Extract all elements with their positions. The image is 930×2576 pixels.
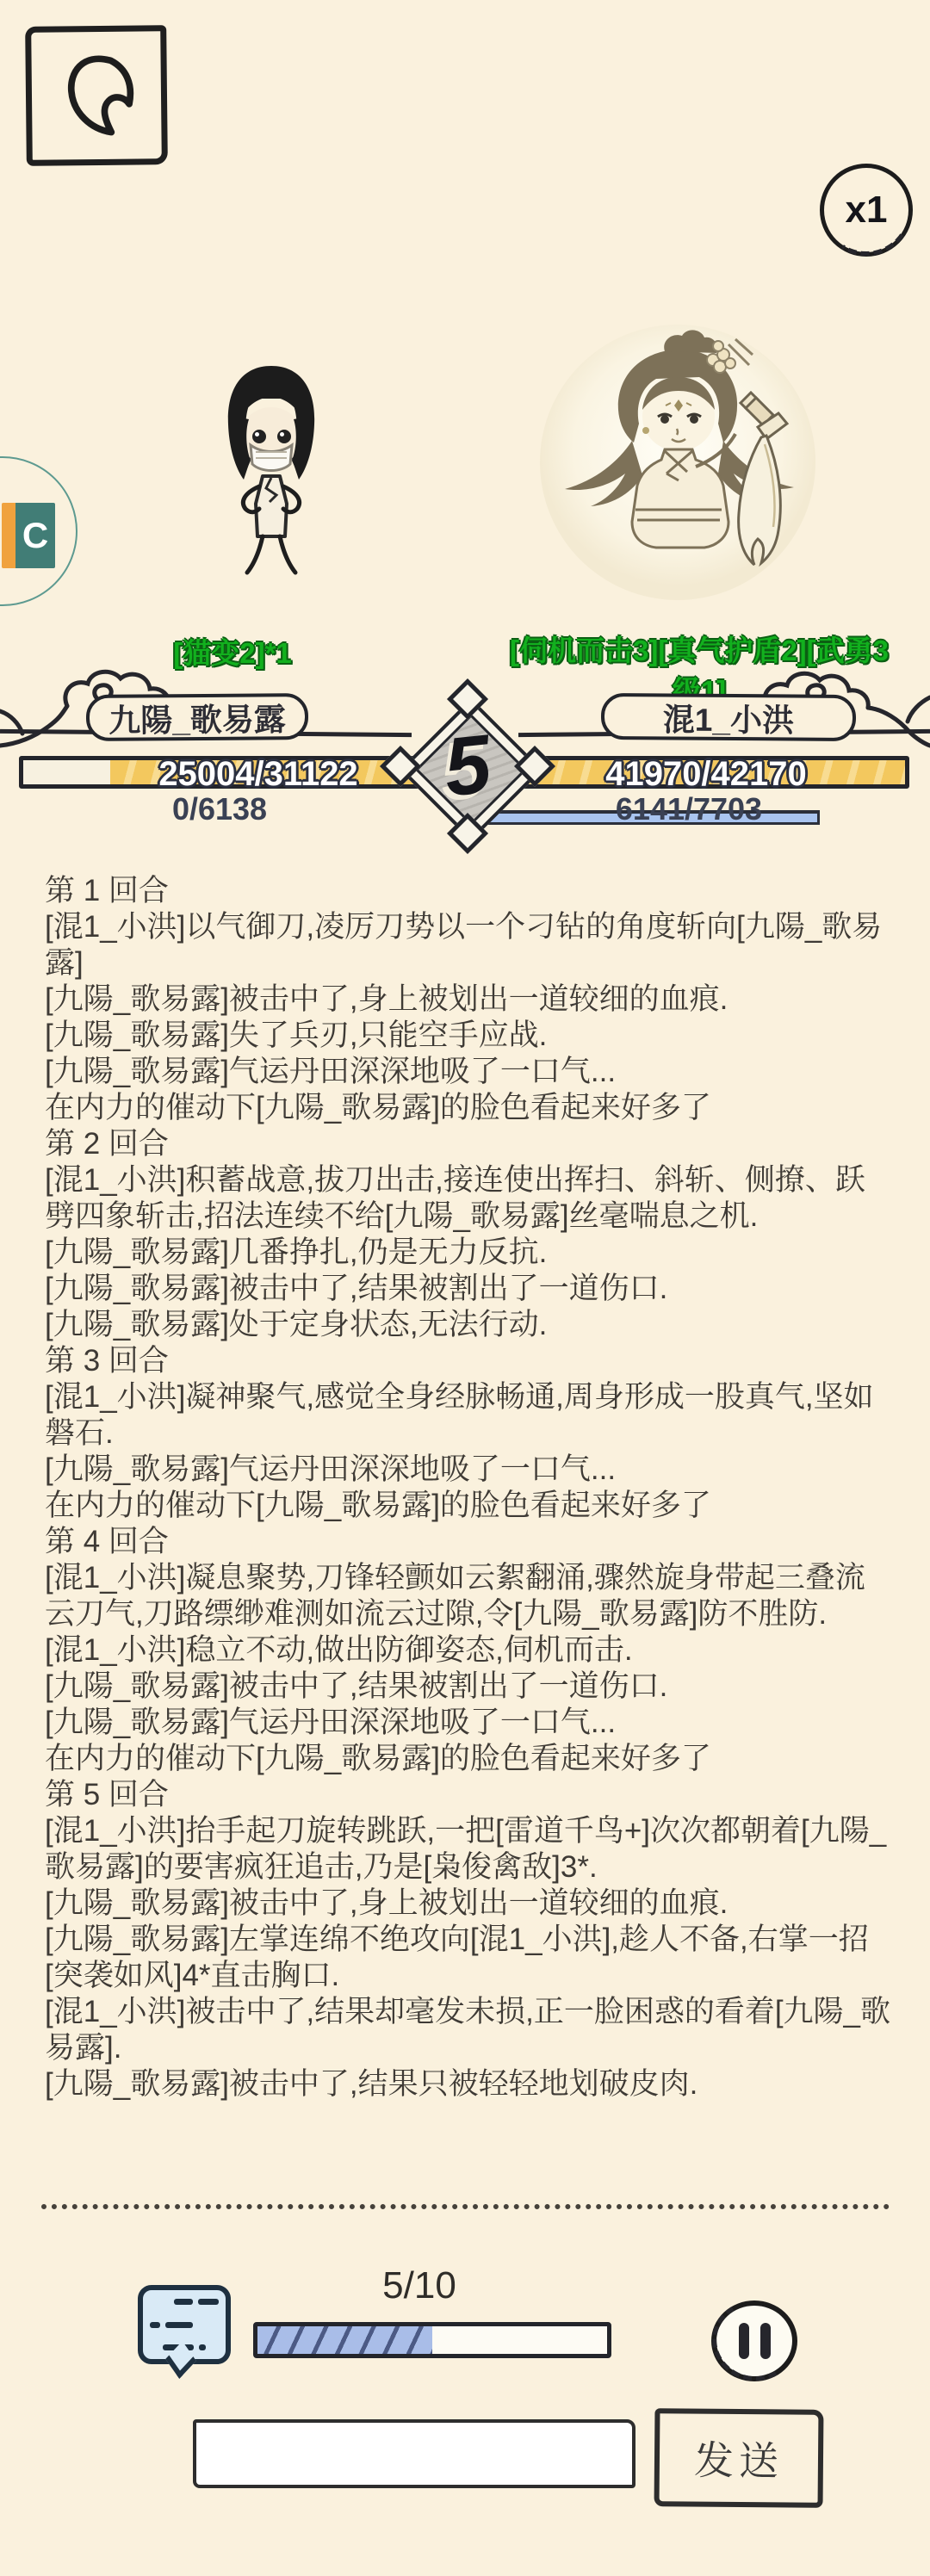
battle-log-line: [九陽_歌易露]气运丹田深深地吸了一口气... xyxy=(45,1705,893,1741)
recorder-app-icon[interactable]: C xyxy=(2,503,55,568)
back-chevron-icon xyxy=(31,31,149,147)
battle-log-line: [九陽_歌易露]被击中了,身上被划出一道较细的血痕. xyxy=(45,1886,893,1922)
round-progress-bar xyxy=(253,2322,611,2358)
back-button[interactable] xyxy=(25,25,168,166)
battle-log-line: [九陽_歌易露]被击中了,结果被割出了一道伤口. xyxy=(45,1271,893,1307)
right-player-avatar xyxy=(536,320,820,604)
battle-log-line: 第 1 回合 xyxy=(45,873,893,909)
round-progress-fill xyxy=(257,2326,432,2354)
round-number: 5 xyxy=(393,699,542,833)
battle-log-line: [混1_小洪]稳立不动,做出防御姿态,伺机而击. xyxy=(45,1632,893,1669)
left-player-name: 九陽_歌易露 xyxy=(86,693,308,741)
battle-log-line: [九陽_歌易露]气运丹田深深地吸了一口气... xyxy=(45,1054,893,1090)
right-mp-value: 6141/7703 xyxy=(517,791,861,827)
pause-button[interactable] xyxy=(711,2300,797,2381)
battle-log-line: 第 2 回合 xyxy=(45,1126,893,1162)
dotted-divider xyxy=(41,2204,890,2209)
left-player-avatar xyxy=(202,357,340,581)
round-progress-label: 5/10 xyxy=(247,2264,592,2307)
battle-log-line: 在内力的催动下[九陽_歌易露]的脸色看起来好多了 xyxy=(45,1090,893,1126)
battle-log-line: [混1_小洪]积蓄战意,拔刀出击,接连使出挥扫、斜斩、侧撩、跃劈四象斩击,招法连… xyxy=(45,1162,893,1235)
recorder-icon-letter: C xyxy=(15,503,55,568)
recorder-icon-orange-strip xyxy=(2,503,15,568)
battle-log[interactable]: 第 1 回合 [混1_小洪]以气御刀,凌厉刀势以一个刁钻的角度斩向[九陽_歌易露… xyxy=(45,873,893,2102)
battle-log-line: [混1_小洪]凝神聚气,感觉全身经脉畅通,周身形成一股真气,坚如磐石. xyxy=(45,1379,893,1452)
battle-log-line: [混1_小洪]被击中了,结果却毫发未损,正一脸困惑的看着[九陽_歌易露]. xyxy=(45,1994,893,2066)
battle-log-line: [九陽_歌易露]失了兵刃,只能空手应战. xyxy=(45,1018,893,1054)
battle-log-line: [九陽_歌易露]左掌连绵不绝攻向[混1_小洪],趁人不备,右掌一招[突袭如风]4… xyxy=(45,1922,893,1994)
battle-log-line: [九陽_歌易露]几番挣扎,仍是无力反抗. xyxy=(45,1235,893,1271)
speed-label: x1 xyxy=(846,189,888,232)
battle-log-line: [九陽_歌易露]处于定身状态,无法行动. xyxy=(45,1307,893,1343)
battle-log-line: [九陽_歌易露]被击中了,结果只被轻轻地划破皮肉. xyxy=(45,2066,893,2102)
battle-log-line: [混1_小洪]凝息聚势,刀锋轻颤如云絮翻涌,骤然旋身带起三叠流云刀气,刀路缥缈难… xyxy=(45,1560,893,1632)
battle-log-line: 第 4 回合 xyxy=(45,1524,893,1560)
battle-log-line: [九陽_歌易露]被击中了,身上被划出一道较细的血痕. xyxy=(45,981,893,1018)
left-mp-value: 0/6138 xyxy=(47,791,392,827)
chat-bubble-icon xyxy=(150,2299,219,2350)
right-hp-value: 41970/42170 xyxy=(517,758,896,789)
right-player-name: 混1_小洪 xyxy=(601,693,856,741)
battle-log-line: 第 3 回合 xyxy=(45,1343,893,1379)
send-button[interactable]: 发送 xyxy=(654,2408,824,2508)
battle-log-line: [九陽_歌易露]气运丹田深深地吸了一口气... xyxy=(45,1452,893,1488)
battle-log-line: 在内力的催动下[九陽_歌易露]的脸色看起来好多了 xyxy=(45,1741,893,1777)
chat-input[interactable] xyxy=(193,2419,635,2488)
pause-icon xyxy=(739,2323,749,2359)
chat-bubble-button[interactable] xyxy=(138,2285,231,2364)
battle-speed-button[interactable]: x1 xyxy=(820,164,913,257)
battle-screen: x1 C xyxy=(0,0,930,2576)
battle-log-line: 在内力的催动下[九陽_歌易露]的脸色看起来好多了 xyxy=(45,1488,893,1524)
battle-log-line: [混1_小洪]抬手起刀旋转跳跃,一把[雷道千鸟+]次次都朝着[九陽_歌易露]的要… xyxy=(45,1813,893,1886)
battle-log-line: 第 5 回合 xyxy=(45,1777,893,1813)
battle-log-line: [九陽_歌易露]被击中了,结果被割出了一道伤口. xyxy=(45,1669,893,1705)
battle-log-line: [混1_小洪]以气御刀,凌厉刀势以一个刁钻的角度斩向[九陽_歌易露] xyxy=(45,909,893,981)
